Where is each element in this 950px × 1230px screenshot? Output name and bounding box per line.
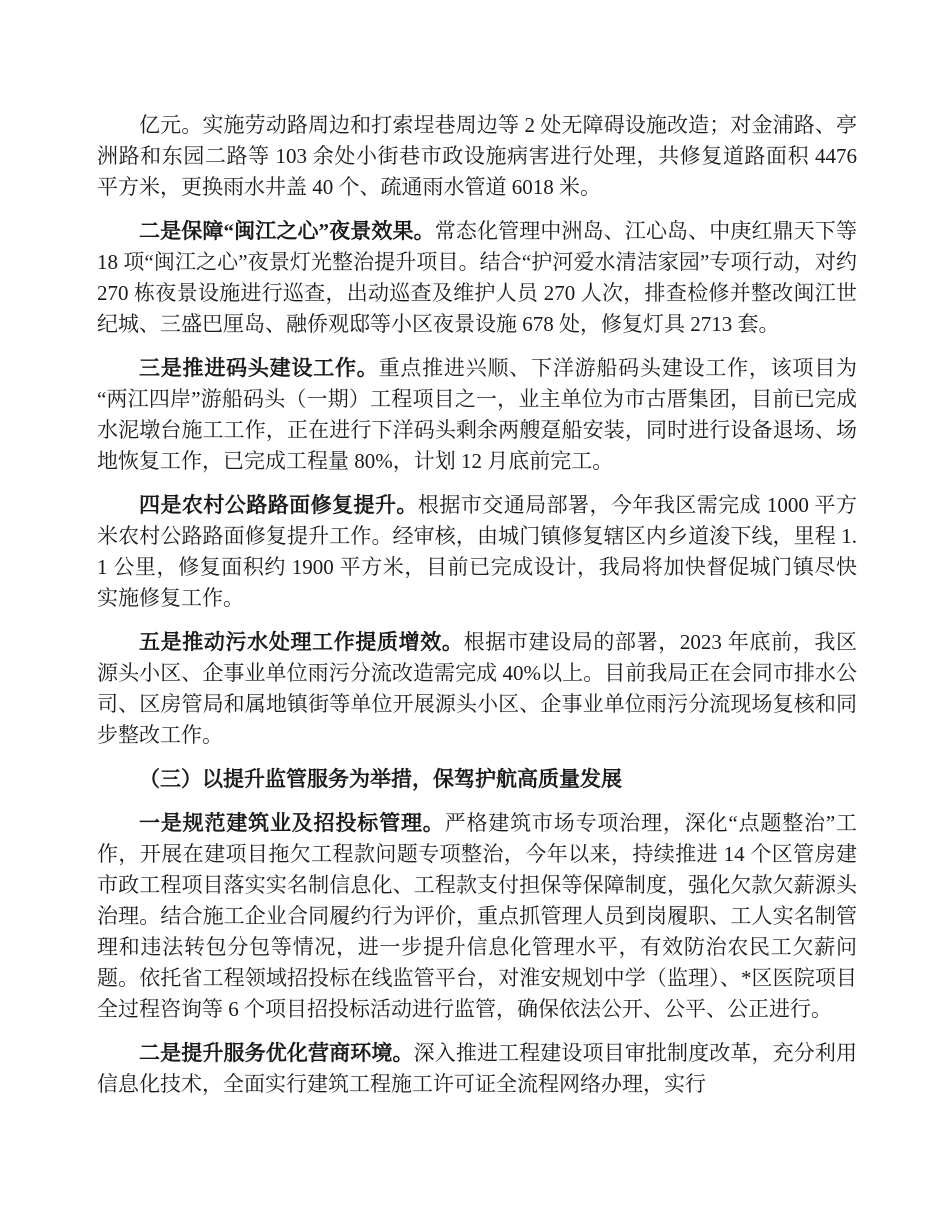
paragraph-rural-road-repair: 四是农村公路路面修复提升。根据市交通局部署，今年我区需完成 1000 平方米农村… xyxy=(97,490,857,614)
paragraph-construction-bidding: 一是规范建筑业及招投标管理。严格建筑市场专项治理，深化“点题整治”工作，开展在建… xyxy=(97,808,857,1025)
paragraph-lead: 二是提升服务优化营商环境。 xyxy=(139,1041,414,1065)
paragraph-business-environment: 二是提升服务优化营商环境。深入推进工程建设项目审批制度改革，充分利用信息化技术，… xyxy=(97,1038,857,1100)
section-heading-text: （三）以提升监管服务为举措，保驾护航高质量发展 xyxy=(139,767,622,791)
paragraph-lead: 二是保障“闽江之心”夜景效果。 xyxy=(139,219,435,243)
paragraph-continuation: 亿元。实施劳动路周边和打索埕巷周边等 2 处无障碍设施改造；对金浦路、亭洲路和东… xyxy=(97,110,857,203)
paragraph-sewage-treatment: 五是推动污水处理工作提质增效。根据市建设局的部署，2023 年底前，我区源头小区… xyxy=(97,627,857,751)
paragraph-lead: 四是农村公路路面修复提升。 xyxy=(139,493,418,517)
paragraph-text: 亿元。实施劳动路周边和打索埕巷周边等 2 处无障碍设施改造；对金浦路、亭洲路和东… xyxy=(97,113,857,199)
paragraph-text: 严格建筑市场专项治理，深化“点题整治”工作，开展在建项目拖欠工程款问题专项整治，… xyxy=(97,811,857,1021)
paragraph-lead: 三是推进码头建设工作。 xyxy=(139,356,379,380)
paragraph-lead: 五是推动污水处理工作提质增效。 xyxy=(139,630,464,654)
section-heading: （三）以提升监管服务为举措，保驾护航高质量发展 xyxy=(97,764,857,795)
paragraph-nightscape: 二是保障“闽江之心”夜景效果。常态化管理中洲岛、江心岛、中庚红鼎天下等 18 项… xyxy=(97,216,857,340)
paragraph-lead: 一是规范建筑业及招投标管理。 xyxy=(139,811,445,835)
paragraph-wharf-construction: 三是推进码头建设工作。重点推进兴顺、下洋游船码头建设工作，该项目为“两江四岸”游… xyxy=(97,353,857,477)
document-page: 亿元。实施劳动路周边和打索埕巷周边等 2 处无障碍设施改造；对金浦路、亭洲路和东… xyxy=(97,110,857,1113)
